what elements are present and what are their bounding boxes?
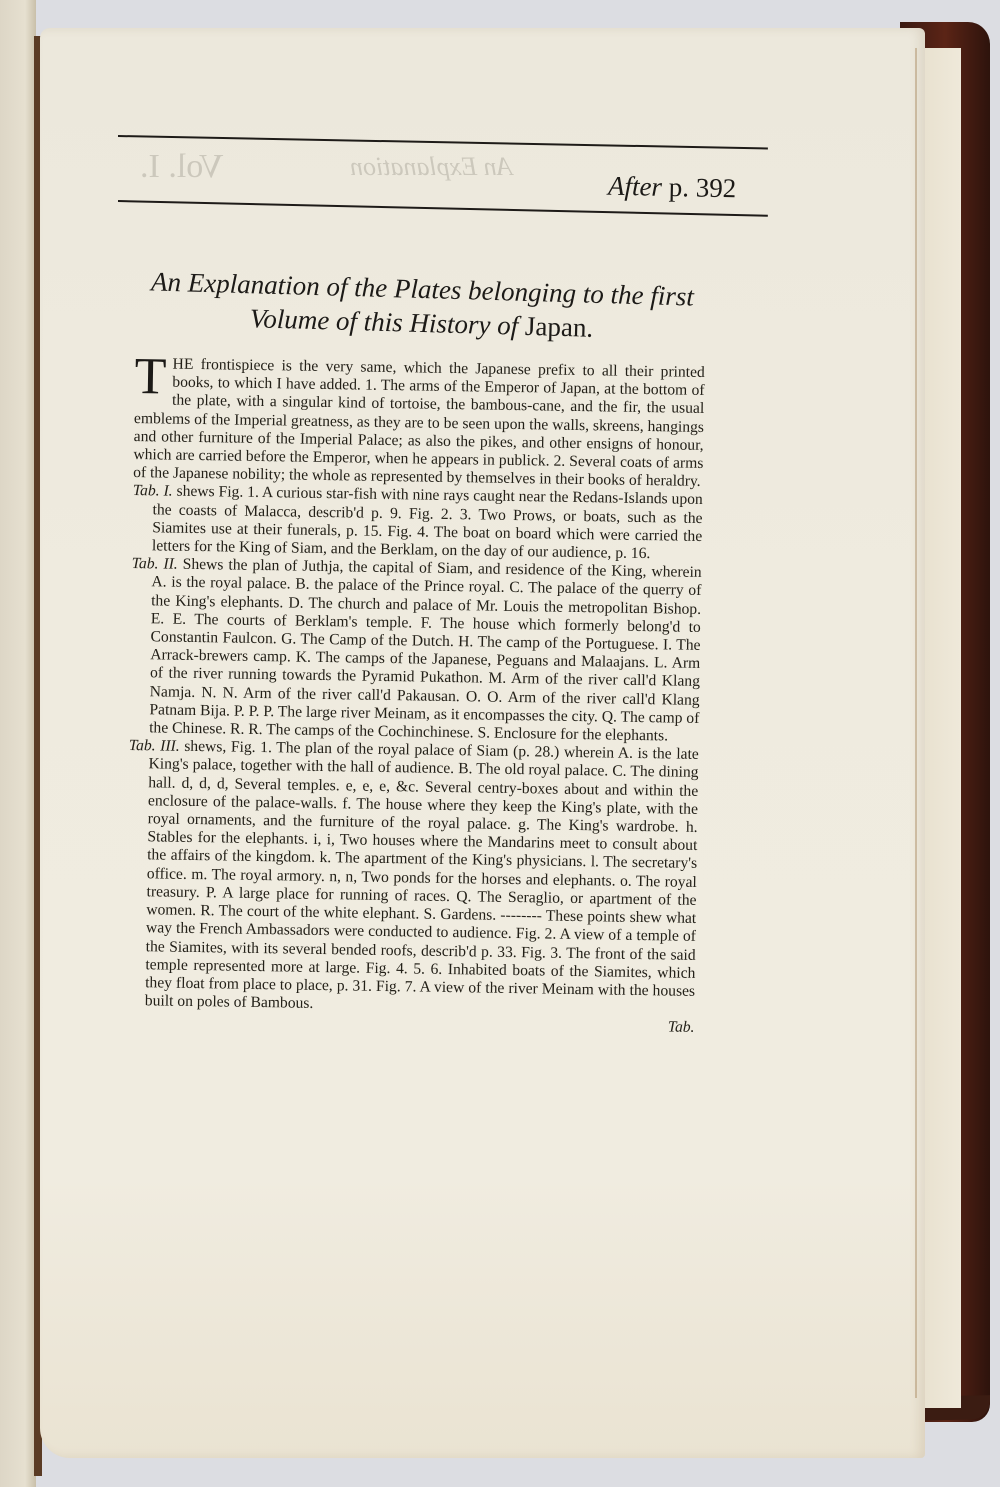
- body-text: T HE frontispiece is the very same, whic…: [124, 355, 705, 1037]
- title-line-2-italic: Volume of this History of: [249, 303, 518, 340]
- intro-paragraph: T HE frontispiece is the very same, whic…: [133, 355, 705, 491]
- drop-cap: T: [134, 357, 166, 397]
- intro-text: HE frontispiece is the very same, which …: [133, 356, 705, 491]
- entry-text: shews Fig. 1. A curious star-fish with n…: [152, 483, 703, 562]
- entry-tab-3: Tab. III. shews, Fig. 1. The plan of the…: [125, 737, 699, 1019]
- facing-left-page: [0, 0, 36, 1487]
- running-head-page-ref: p. 392: [668, 172, 736, 203]
- running-head: After p. 392: [608, 171, 737, 205]
- endpaper-strip: [920, 48, 961, 1408]
- show-through-volume: Vol. I.: [140, 148, 223, 186]
- entry-label: Tab. II.: [132, 555, 178, 573]
- entry-label: Tab. III.: [129, 737, 180, 755]
- entry-label: Tab. I.: [133, 482, 173, 500]
- entry-tab-2: Tab. II. Shews the plan of Juthja, the c…: [129, 555, 702, 746]
- entry-text: shews, Fig. 1. The plan of the royal pal…: [145, 738, 699, 1012]
- show-through-heading: An Explanation: [350, 152, 512, 182]
- running-head-prefix: After: [608, 171, 663, 202]
- entry-tab-1: Tab. I. shews Fig. 1. A curious star-fis…: [132, 482, 703, 564]
- title-line-2-roman: Japan.: [525, 311, 594, 343]
- entry-text: Shews the plan of Juthja, the capital of…: [149, 556, 702, 744]
